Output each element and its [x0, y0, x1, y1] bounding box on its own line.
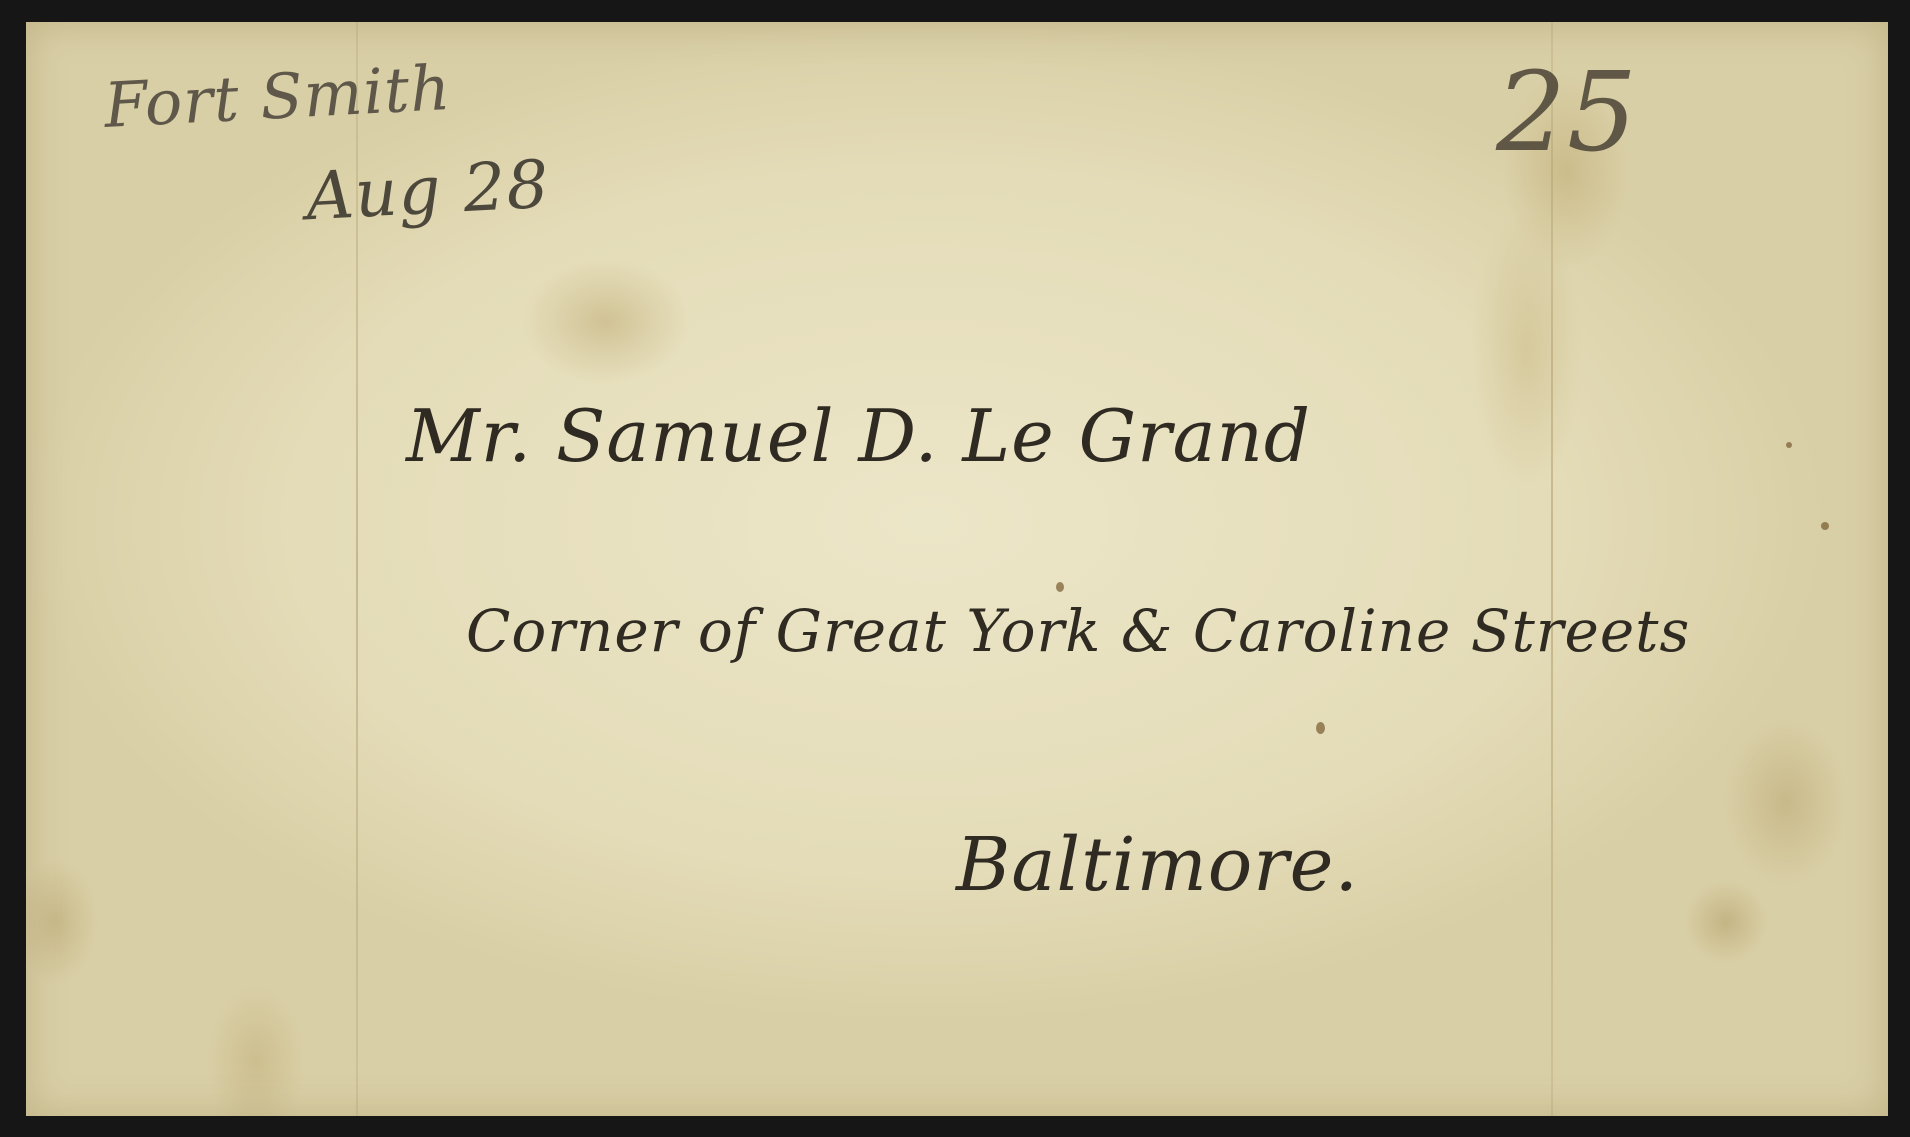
- address-city: Baltimore.: [956, 822, 1359, 908]
- ink-spot: [1786, 442, 1792, 448]
- postmark-town: Fort Smith: [102, 51, 453, 142]
- postage-rate: 25: [1496, 48, 1638, 176]
- postmark-date: Aug 28: [304, 146, 551, 236]
- ink-spot: [1316, 722, 1325, 734]
- addressee-name: Mr. Samuel D. Le Grand: [406, 394, 1311, 478]
- address-street: Corner of Great York & Caroline Streets: [466, 597, 1690, 665]
- letter-cover: Fort Smith Aug 28 25 Mr. Samuel D. Le Gr…: [26, 22, 1888, 1116]
- ink-spot: [1821, 522, 1829, 530]
- fold-line-right: [1551, 22, 1553, 1116]
- ink-spot: [1056, 582, 1064, 592]
